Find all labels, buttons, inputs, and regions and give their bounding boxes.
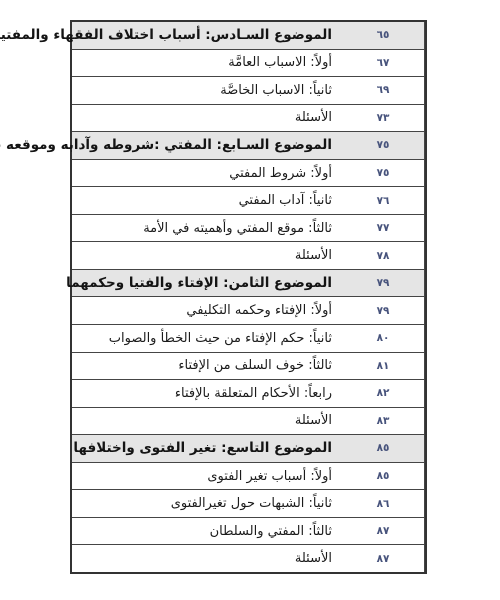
section-title: الموضوع التاسع: تغير الفتوى واختلافها [72, 435, 342, 462]
table-row: الأسئلة٨٧ [72, 544, 425, 572]
page-number: ٧٦ [342, 187, 425, 214]
table-row: أولاً: الاسباب العامَّة٦٧ [72, 49, 425, 77]
page-number: ٨٣ [342, 408, 425, 435]
page-number: ٨٠ [342, 325, 425, 352]
topic-label: الأسئلة [72, 545, 342, 572]
page-number: ٧٥ [342, 160, 425, 187]
section-header-row: الموضوع السـادس: أسباب اختلاف الفقهاء وا… [72, 22, 425, 49]
page-number: ٧٧ [342, 215, 425, 242]
topic-label: ثانياً: الاسباب الخاصَّة [72, 77, 342, 104]
table-row: الأسئلة٨٣ [72, 407, 425, 435]
table-row: أولاً: الإفتاء وحكمه التكليفي٧٩ [72, 296, 425, 324]
table-row: رابعاً: الأحكام المتعلقة بالإفتاء٨٢ [72, 379, 425, 407]
section-title: الموضوع الثامن: الإفتاء والفتيا وحكمهما [72, 270, 342, 297]
page-number: ٧٨ [342, 242, 425, 269]
page-number: ٨٧ [342, 545, 425, 572]
page-number: ٧٩ [342, 297, 425, 324]
page-number: ٦٥ [342, 22, 425, 49]
section-header-row: الموضوع الثامن: الإفتاء والفتيا وحكمهما٧… [72, 269, 425, 297]
page-number: ٧٩ [342, 270, 425, 297]
table-row: ثالثاً: المفتي والسلطان٨٧ [72, 517, 425, 545]
topic-label: أولاً: أسباب تغير الفتوى [72, 463, 342, 490]
table-row: الأسئلة٧٣ [72, 104, 425, 132]
section-title: الموضوع السـادس: أسباب اختلاف الفقهاء وا… [72, 22, 342, 49]
section-title: الموضوع السـابع: المفتي :شروطه وآدابه وم… [72, 132, 342, 159]
table-row: ثانياً: آداب المفتي٧٦ [72, 186, 425, 214]
page-number: ٨٦ [342, 490, 425, 517]
page-number: ٦٩ [342, 77, 425, 104]
page-number: ٦٧ [342, 50, 425, 77]
page-number: ٨١ [342, 353, 425, 380]
topic-label: أولاً: شروط المفتي [72, 160, 342, 187]
table-row: ثانياً: الاسباب الخاصَّة٦٩ [72, 76, 425, 104]
topic-label: ثالثاً: موقع المفتي وأهميته في الأمة [72, 215, 342, 242]
topic-label: الأسئلة [72, 408, 342, 435]
topic-label: رابعاً: الأحكام المتعلقة بالإفتاء [72, 380, 342, 407]
topic-label: ثانياً: حكم الإفتاء من حيث الخطأ والصواب [72, 325, 342, 352]
table-row: أولاً: شروط المفتي٧٥ [72, 159, 425, 187]
page-number: ٧٣ [342, 105, 425, 132]
topic-label: أولاً: الإفتاء وحكمه التكليفي [72, 297, 342, 324]
topic-label: ثانياً: الشبهات حول تغيرالفتوى [72, 490, 342, 517]
topic-label: الأسئلة [72, 242, 342, 269]
topic-label: ثالثاً: المفتي والسلطان [72, 518, 342, 545]
topic-label: الأسئلة [72, 105, 342, 132]
page-number: ٨٢ [342, 380, 425, 407]
topic-label: ثالثاً: خوف السلف من الإفتاء [72, 353, 342, 380]
document-page: الموضوع السـادس: أسباب اختلاف الفقهاء وا… [0, 0, 500, 600]
table-row: ثانياً: حكم الإفتاء من حيث الخطأ والصواب… [72, 324, 425, 352]
table-row: ثالثاً: موقع المفتي وأهميته في الأمة٧٧ [72, 214, 425, 242]
section-header-row: الموضوع السـابع: المفتي :شروطه وآدابه وم… [72, 131, 425, 159]
topic-label: أولاً: الاسباب العامَّة [72, 50, 342, 77]
table-row: ثالثاً: خوف السلف من الإفتاء٨١ [72, 352, 425, 380]
section-header-row: الموضوع التاسع: تغير الفتوى واختلافها٨٥ [72, 434, 425, 462]
page-number: ٨٧ [342, 518, 425, 545]
page-number: ٨٥ [342, 435, 425, 462]
topic-label: ثانياً: آداب المفتي [72, 187, 342, 214]
contents-table: الموضوع السـادس: أسباب اختلاف الفقهاء وا… [70, 20, 427, 574]
page-number: ٨٥ [342, 463, 425, 490]
page-number: ٧٥ [342, 132, 425, 159]
table-row: أولاً: أسباب تغير الفتوى٨٥ [72, 462, 425, 490]
table-row: الأسئلة٧٨ [72, 241, 425, 269]
table-row: ثانياً: الشبهات حول تغيرالفتوى٨٦ [72, 489, 425, 517]
